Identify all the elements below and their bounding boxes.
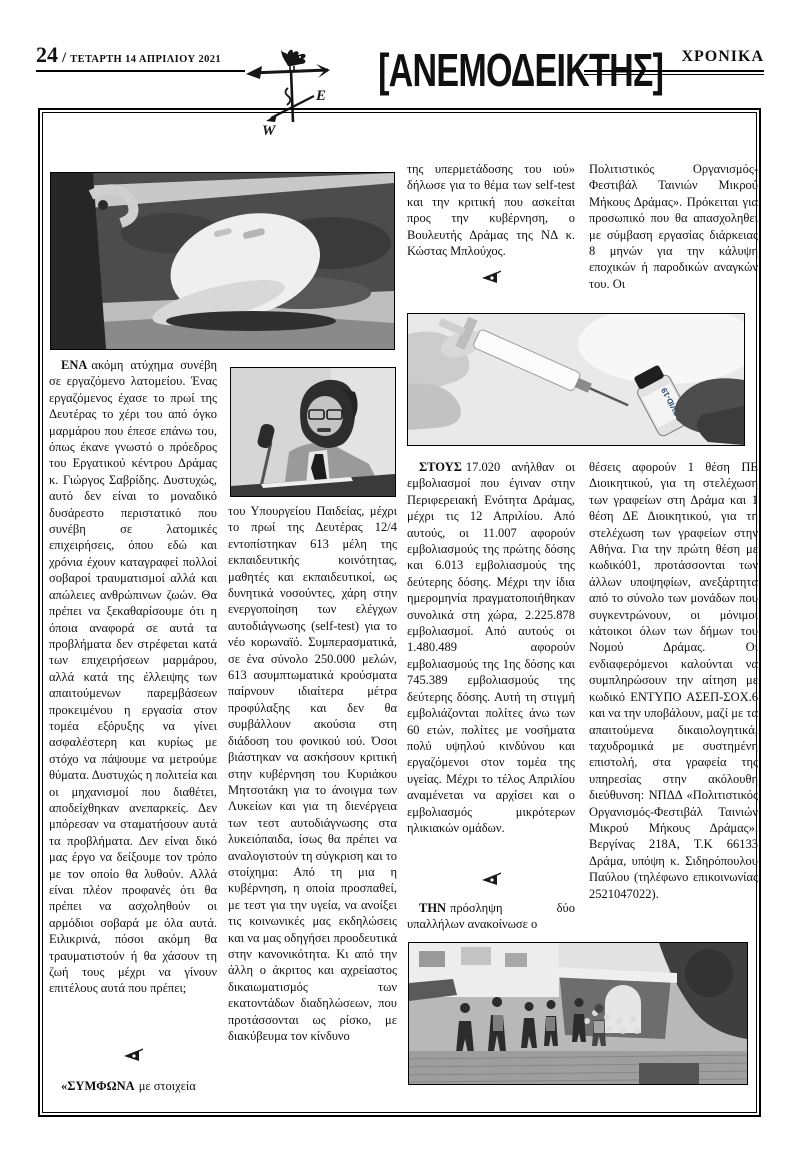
vaccine-photo: COVID-19 (407, 313, 745, 446)
page-date: ΤΕΤΑΡΤΗ 14 ΑΠΡΙΛΙΟΥ 2021 (70, 54, 221, 65)
section-title: ΧΡΟΝΙΚΑ (584, 48, 764, 66)
weathervane-east-label: E (315, 88, 326, 104)
article-body: ακόμη ατύχημα συνέβη σε εργαζόμενο λατομ… (49, 358, 217, 995)
article-body: 17.020 ανήλθαν οι εμβολιασμοί που έγιναν… (407, 460, 575, 835)
article-body: με στοιχεία (139, 1079, 196, 1093)
article-lead: ΕΝΑ (61, 358, 87, 372)
article-quarry-accident: ΕΝΑακόμη ατύχημα συνέβη σε εργαζόμενο λα… (49, 357, 217, 1043)
article-blouchos-quote: της υπερμετάδοσης του ιού» δήλωσε για το… (407, 161, 575, 263)
pen-separator-icon (407, 270, 575, 289)
article-body: θέσεις αφορούν 1 θέση ΠΕ Διοικητικού, γι… (589, 460, 758, 901)
street-photo (408, 942, 748, 1085)
header-rule-left (36, 70, 245, 72)
header-rule-right (584, 70, 764, 75)
article-lead: ΤΗΝ (419, 901, 446, 915)
article-hiring: ΤΗΝπρόσληψη δύο υπαλλήλων ανακοίνωσε ο (407, 900, 575, 938)
newspaper-page: 24 / ΤΕΤΑΡΤΗ 14 ΑΠΡΙΛΙΟΥ 2021 W E [ΑΝΕΜΟ… (0, 0, 797, 1169)
article-self-test: του Υπουργείου Παιδείας, μέχρι το πρωί τ… (228, 503, 397, 1093)
article-lead: «ΣΥΜΦΩΝΑ (61, 1079, 135, 1093)
page-number: 24 (36, 42, 58, 67)
article-body: Πολιτιστικός Οργανισμός-Φεστιβάλ Ταινιών… (589, 162, 758, 291)
page-header-left: 24 / ΤΕΤΑΡΤΗ 14 ΑΠΡΙΛΙΟΥ 2021 (36, 42, 221, 68)
speaker-photo (230, 367, 396, 497)
article-body: της υπερμετάδοσης του ιού» δήλωσε για το… (407, 162, 575, 258)
header-divider: / (62, 50, 66, 66)
pen-separator-icon (407, 872, 575, 891)
pen-separator-icon (49, 1048, 217, 1067)
article-vaccinations: ΣΤΟΥΣ17.020 ανήλθαν οι εμβολιασμοί που έ… (407, 459, 575, 867)
article-lead: ΣΤΟΥΣ (419, 460, 462, 474)
article-festival-details: θέσεις αφορούν 1 θέση ΠΕ Διοικητικού, γι… (589, 459, 758, 937)
article-festival-intro: Πολιτιστικός Οργανισμός-Φεστιβάλ Ταινιών… (589, 161, 758, 297)
masthead-title: [ΑΝΕΜΟΔΕΙΚΤΗΣ] (328, 45, 594, 97)
article-body: του Υπουργείου Παιδείας, μέχρι το πρωί τ… (228, 504, 397, 1043)
article-symfona-teaser: «ΣΥΜΦΩΝΑμε στοιχεία (49, 1078, 217, 1114)
helmet-photo (50, 172, 395, 350)
